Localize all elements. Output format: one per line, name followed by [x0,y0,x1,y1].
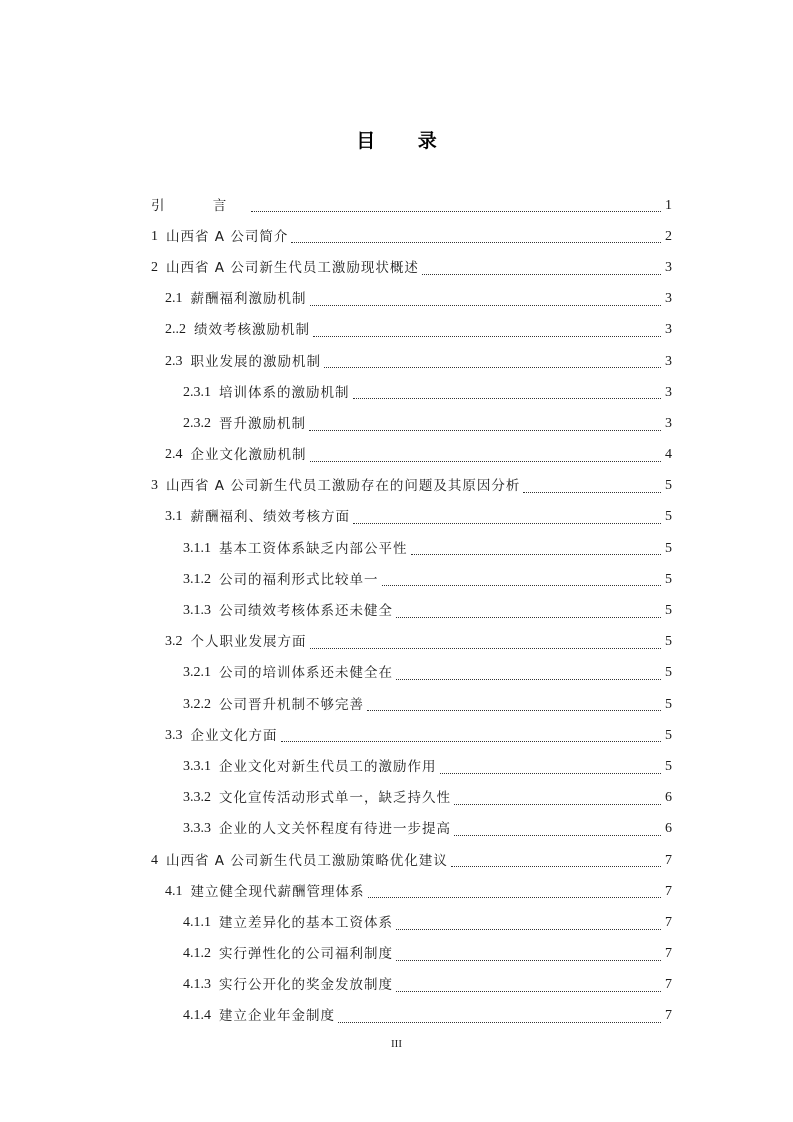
dot-leader [451,865,661,867]
toc-entry[interactable]: 4.1.2实行弹性化的公司福利制度7 [0,939,793,970]
toc-entry[interactable]: 4山西省 A 公司新生代员工激励策略优化建议7 [0,845,793,876]
toc-entry-number: 4 [151,850,158,872]
toc-entry-page: 5 [664,538,672,560]
toc-entry[interactable]: 4.1.3实行公开化的奖金发放制度7 [0,970,793,1001]
toc-entry-page: 5 [664,662,672,684]
toc-entry-page: 3 [664,319,672,341]
toc-entry[interactable]: 2.3职业发展的激励机制3 [0,346,793,377]
dot-leader [396,990,661,992]
toc-entry-title: 职业发展的激励机制 [191,351,322,373]
toc-entry-page: 3 [664,351,672,373]
toc-entry-number: 1 [151,226,158,248]
toc-entry-number: 4.1.1 [183,912,211,934]
dot-leader [367,709,661,711]
toc-entry-number: 3.2.1 [183,662,211,684]
dot-leader [309,429,661,431]
toc-entry-number: 4.1.4 [183,1005,211,1027]
toc-entry-page: 3 [664,413,672,435]
toc-entry[interactable]: 4.1.4建立企业年金制度7 [0,1001,793,1032]
toc-entry[interactable]: 3山西省 A 公司新生代员工激励存在的问题及其原因分析5 [0,471,793,502]
toc-entry[interactable]: 2山西省 A 公司新生代员工激励现状概述3 [0,252,793,283]
dot-leader [382,584,662,586]
toc-entry-page: 1 [664,195,672,217]
dot-leader [454,834,661,836]
dot-leader [396,928,661,930]
toc-entry-title: 基本工资体系缺乏内部公平性 [219,538,408,560]
toc-entry-number: 4.1 [165,881,183,903]
toc-entry-title: 绩效考核激励机制 [194,319,310,341]
toc-entry-number: 3.3.3 [183,818,211,840]
toc-entry-title: 薪酬福利、绩效考核方面 [191,506,351,528]
toc-entry-number: 3.1 [165,506,183,528]
dot-leader [291,241,661,243]
toc-entry-number: 3.1.3 [183,600,211,622]
dot-leader [454,803,661,805]
toc-entry[interactable]: 3.2.1公司的培训体系还未健全在5 [0,658,793,689]
toc-title: 目 录 [0,127,793,155]
toc-entry-number: 2.3.1 [183,382,211,404]
dot-leader [281,740,662,742]
toc-entry-title: 山西省 A 公司新生代员工激励策略优化建议 [166,850,448,872]
toc-entry-number: 3.2.2 [183,694,211,716]
toc-entry-page: 5 [664,569,672,591]
toc-entry-number: 2.1 [165,288,183,310]
toc-entry[interactable]: 3.3.3企业的人文关怀程度有待进一步提高6 [0,814,793,845]
toc-entry-title: 实行公开化的奖金发放制度 [219,974,393,996]
toc-entry-page: 5 [664,631,672,653]
dot-leader [440,772,662,774]
toc-entry-title: 引 言 [151,195,248,217]
dot-leader [353,522,661,524]
toc-entry[interactable]: 1山西省 A 公司简介2 [0,221,793,252]
document-page: 目 录 引 言1 1山西省 A 公司简介2 2山西省 A 公司新生代员工激励现状… [0,0,793,1122]
toc-entry-title: 晋升激励机制 [219,413,306,435]
toc-entry-page: 4 [664,444,672,466]
toc-entry[interactable]: 2.3.2晋升激励机制3 [0,408,793,439]
toc-entry-title: 公司的培训体系还未健全在 [219,662,393,684]
dot-leader [324,366,661,368]
dot-leader [523,491,661,493]
toc-entry-number: 3.2 [165,631,183,653]
toc-entry-page: 5 [664,756,672,778]
toc-entry[interactable]: 3.1.1基本工资体系缺乏内部公平性5 [0,533,793,564]
toc-entry-number: 3.3.1 [183,756,211,778]
toc-entry[interactable]: 3.3.2文化宣传活动形式单一，缺乏持久性6 [0,783,793,814]
toc-entry-title: 企业文化对新生代员工的激励作用 [219,756,437,778]
toc-entry-title: 培训体系的激励机制 [219,382,350,404]
dot-leader [396,959,661,961]
toc-entry-title: 建立差异化的基本工资体系 [219,912,393,934]
toc-entry-number: 4.1.3 [183,974,211,996]
toc-entry-number: 3.1.2 [183,569,211,591]
toc-entry-number: 3 [151,475,158,497]
toc-entry-page: 7 [664,850,672,872]
toc-entry[interactable]: 3.2.2公司晋升机制不够完善5 [0,689,793,720]
toc-entry-title: 公司晋升机制不够完善 [219,694,364,716]
toc-entry-page: 6 [664,818,672,840]
toc-entry[interactable]: 3.2个人职业发展方面5 [0,627,793,658]
footer-page-number: III [0,1038,793,1050]
dot-leader [368,896,662,898]
toc-entry[interactable]: 4.1.1建立差异化的基本工资体系7 [0,907,793,938]
toc-entry-page: 3 [664,257,672,279]
table-of-contents: 引 言1 1山西省 A 公司简介2 2山西省 A 公司新生代员工激励现状概述3 … [0,190,793,1032]
toc-entry[interactable]: 3.3.1企业文化对新生代员工的激励作用5 [0,751,793,782]
toc-entry-title: 山西省 A 公司简介 [166,226,288,248]
toc-entry[interactable]: 3.3企业文化方面5 [0,720,793,751]
dot-leader [396,678,661,680]
dot-leader [338,1021,661,1023]
toc-entry[interactable]: 2..2绩效考核激励机制3 [0,315,793,346]
toc-entry-title: 文化宣传活动形式单一，缺乏持久性 [219,787,451,809]
dot-leader [411,553,662,555]
toc-entry-title: 个人职业发展方面 [191,631,307,653]
toc-entry-page: 5 [664,725,672,747]
toc-entry[interactable]: 2.4企业文化激励机制4 [0,440,793,471]
toc-entry[interactable]: 4.1建立健全现代薪酬管理体系7 [0,876,793,907]
dot-leader [251,210,661,212]
toc-entry-number: 2.3.2 [183,413,211,435]
toc-entry-number: 3.3 [165,725,183,747]
toc-entry-page: 3 [664,288,672,310]
dot-leader [313,335,661,337]
toc-entry-page: 7 [664,912,672,934]
toc-entry-number: 2.3 [165,351,183,373]
dot-leader [353,397,662,399]
toc-entry-page: 7 [664,1005,672,1027]
dot-leader [310,304,662,306]
toc-entry-page: 7 [664,943,672,965]
toc-entry-title: 公司的福利形式比较单一 [219,569,379,591]
toc-entry[interactable]: 2.3.1培训体系的激励机制3 [0,377,793,408]
dot-leader [310,647,662,649]
toc-entry-number: 2 [151,257,158,279]
toc-entry-title: 薪酬福利激励机制 [191,288,307,310]
toc-entry-page: 5 [664,475,672,497]
toc-entry-title: 企业文化方面 [191,725,278,747]
dot-leader [422,273,661,275]
toc-entry-page: 2 [664,226,672,248]
toc-entry[interactable]: 引 言1 [0,190,793,221]
toc-entry[interactable]: 3.1薪酬福利、绩效考核方面5 [0,502,793,533]
toc-entry-page: 6 [664,787,672,809]
toc-entry-title: 公司绩效考核体系还未健全 [219,600,393,622]
toc-entry[interactable]: 3.1.3公司绩效考核体系还未健全5 [0,595,793,626]
dot-leader [396,616,661,618]
toc-entry-title: 山西省 A 公司新生代员工激励现状概述 [166,257,419,279]
toc-entry-number: 2..2 [165,319,186,341]
toc-entry[interactable]: 2.1薪酬福利激励机制3 [0,284,793,315]
toc-entry-number: 3.1.1 [183,538,211,560]
toc-entry-page: 7 [664,974,672,996]
dot-leader [310,460,662,462]
toc-entry-number: 2.4 [165,444,183,466]
toc-entry-title: 山西省 A 公司新生代员工激励存在的问题及其原因分析 [166,475,520,497]
toc-entry[interactable]: 3.1.2公司的福利形式比较单一5 [0,564,793,595]
toc-entry-page: 3 [664,382,672,404]
toc-entry-page: 5 [664,600,672,622]
toc-entry-title: 建立健全现代薪酬管理体系 [191,881,365,903]
toc-entry-number: 3.3.2 [183,787,211,809]
toc-entry-number: 4.1.2 [183,943,211,965]
toc-entry-page: 5 [664,506,672,528]
toc-entry-page: 7 [664,881,672,903]
toc-entry-page: 5 [664,694,672,716]
toc-entry-title: 企业的人文关怀程度有待进一步提高 [219,818,451,840]
toc-entry-title: 实行弹性化的公司福利制度 [219,943,393,965]
toc-entry-title: 企业文化激励机制 [191,444,307,466]
toc-entry-title: 建立企业年金制度 [219,1005,335,1027]
